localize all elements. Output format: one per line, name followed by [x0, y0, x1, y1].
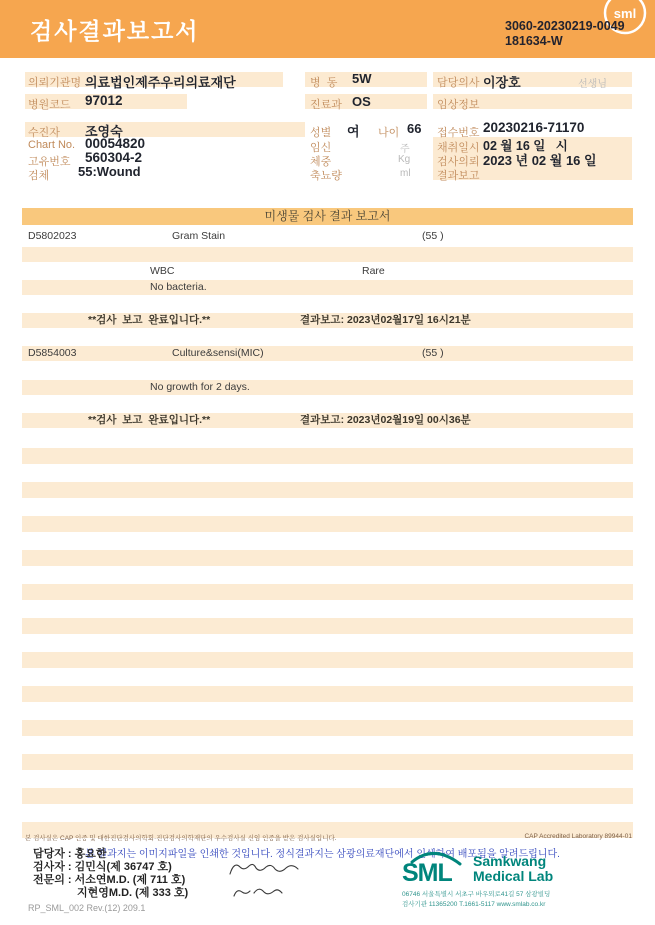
result-note: No bacteria.	[150, 280, 207, 295]
empty-row	[22, 618, 633, 634]
table-row-wbc: WBC Rare	[22, 264, 633, 279]
sml-logo-icon: SML	[398, 850, 470, 888]
empty-row	[22, 584, 633, 600]
specimen-value: 55:Wound	[78, 164, 141, 179]
result-name: WBC	[150, 264, 175, 279]
receipt-no-label: 접수번호	[437, 124, 480, 140]
report-date-label: 결과보고	[437, 167, 480, 183]
report-number-1: 3060-20230219-0049	[505, 19, 645, 34]
empty-row	[22, 652, 633, 668]
age-label: 나이	[378, 124, 399, 140]
empty-row	[22, 550, 633, 566]
clinical-info-label: 임상정보	[437, 96, 480, 112]
test-name: Gram Stain	[172, 229, 225, 244]
form-code: RP_SML_002 Rev.(12) 209.1	[28, 903, 145, 913]
request-date-value: 2023 년 02 월 16 일	[483, 150, 597, 169]
cap-accreditation-text: 본 검사실은 CAP 인증 및 대한진단검사의학회·진단검사의학재단의 우수검사…	[25, 833, 337, 842]
specimen-ref: (55 )	[422, 346, 444, 361]
table-title-band: 미생물 검사 결과 보고서	[22, 208, 633, 225]
empty-row	[22, 720, 633, 736]
table-row-gram-stain: D5802023 Gram Stain (55 )	[22, 229, 633, 244]
doctor-suffix: 선생님	[578, 75, 607, 90]
ward-value: 5W	[352, 71, 372, 86]
report-number-block: 3060-20230219-0049 181634-W	[505, 19, 645, 49]
table-row-note: No bacteria.	[22, 280, 633, 295]
complete-report-datetime: 결과보고: 2023년02월19일 00시36분	[300, 413, 471, 428]
empty-row	[22, 482, 633, 498]
doctor-value: 이장호	[483, 72, 521, 91]
empty-row	[22, 754, 633, 770]
test-code: D5854003	[28, 346, 76, 361]
sex-label: 성별	[310, 124, 331, 140]
empty-row	[22, 686, 633, 702]
result-value: Rare	[362, 264, 385, 279]
age-value: 66	[407, 121, 421, 136]
institution-label: 의뢰기관명	[28, 74, 81, 90]
highlight-strip	[25, 122, 305, 137]
table-row-complete-2: **검사 보고 완료입니다.** 결과보고: 2023년02월19일 00시36…	[22, 413, 633, 428]
lab-address: 06746 서울특별시 서초구 바우뫼로41길 57 삼광빌딩	[402, 889, 550, 898]
hospital-code-label: 병원코드	[28, 96, 71, 112]
doctor-label: 담당의사	[437, 74, 480, 90]
sml-logo-text: SML	[402, 859, 453, 887]
unique-no-value: 560304-2	[85, 150, 142, 165]
department-value: OS	[352, 94, 371, 109]
receipt-no-value: 20230216-71170	[483, 120, 584, 135]
lab-contact: 검사기관 11365200 T.1661-5117 www.smlab.co.k…	[402, 899, 545, 908]
report-number-2: 181634-W	[505, 34, 645, 49]
sex-value: 여	[347, 121, 360, 140]
weight-unit: Kg	[398, 154, 410, 165]
cap-accreditation-number: CAP Accredited Laboratory 89944-01	[524, 833, 632, 840]
complete-report-datetime: 결과보고: 2023년02월17일 16시21분	[300, 313, 471, 328]
test-code: D5802023	[28, 229, 76, 244]
pregnancy-unit: 주	[400, 140, 410, 155]
specimen-ref: (55 )	[422, 229, 444, 244]
hospital-code-value: 97012	[85, 93, 123, 108]
table-row-culture: D5854003 Culture&sensi(MIC) (55 )	[22, 346, 633, 361]
complete-text: **검사 보고 완료입니다.**	[88, 313, 210, 328]
lab-name-line-2: Medical Lab	[473, 869, 553, 884]
chart-no-label: Chart No.	[28, 139, 75, 151]
institution-value: 의료법인제주우리의료재단	[85, 72, 236, 91]
report-header: 검사결과보고서 sml 3060-20230219-0049 181634-W	[0, 0, 655, 58]
empty-row	[22, 247, 633, 262]
complete-text: **검사 보고 완료입니다.**	[88, 413, 210, 428]
empty-row	[22, 788, 633, 804]
signature-icon	[222, 858, 352, 906]
lab-result-report: 검사결과보고서 sml 3060-20230219-0049 181634-W …	[0, 0, 655, 925]
urine-volume-unit: ml	[400, 168, 411, 179]
department-label: 진료과	[310, 96, 342, 112]
patient-label: 수진자	[28, 124, 60, 140]
table-row-complete-1: **검사 보고 완료입니다.** 결과보고: 2023년02월17일 16시21…	[22, 313, 633, 328]
table-row-note: No growth for 2 days.	[22, 380, 633, 395]
chart-no-value: 00054820	[85, 136, 145, 151]
result-note: No growth for 2 days.	[150, 380, 250, 395]
specimen-label: 검체	[28, 167, 49, 183]
page-title: 검사결과보고서	[30, 13, 200, 46]
ward-label: 병 동	[310, 74, 337, 90]
specialist-line-2: 지현영M.D. (제 333 호)	[77, 884, 188, 900]
urine-volume-label: 축뇨량	[310, 167, 342, 183]
empty-row	[22, 448, 633, 464]
lab-name-line-1: Samkwang	[473, 854, 546, 869]
empty-row	[22, 516, 633, 532]
test-name: Culture&sensi(MIC)	[172, 346, 264, 361]
